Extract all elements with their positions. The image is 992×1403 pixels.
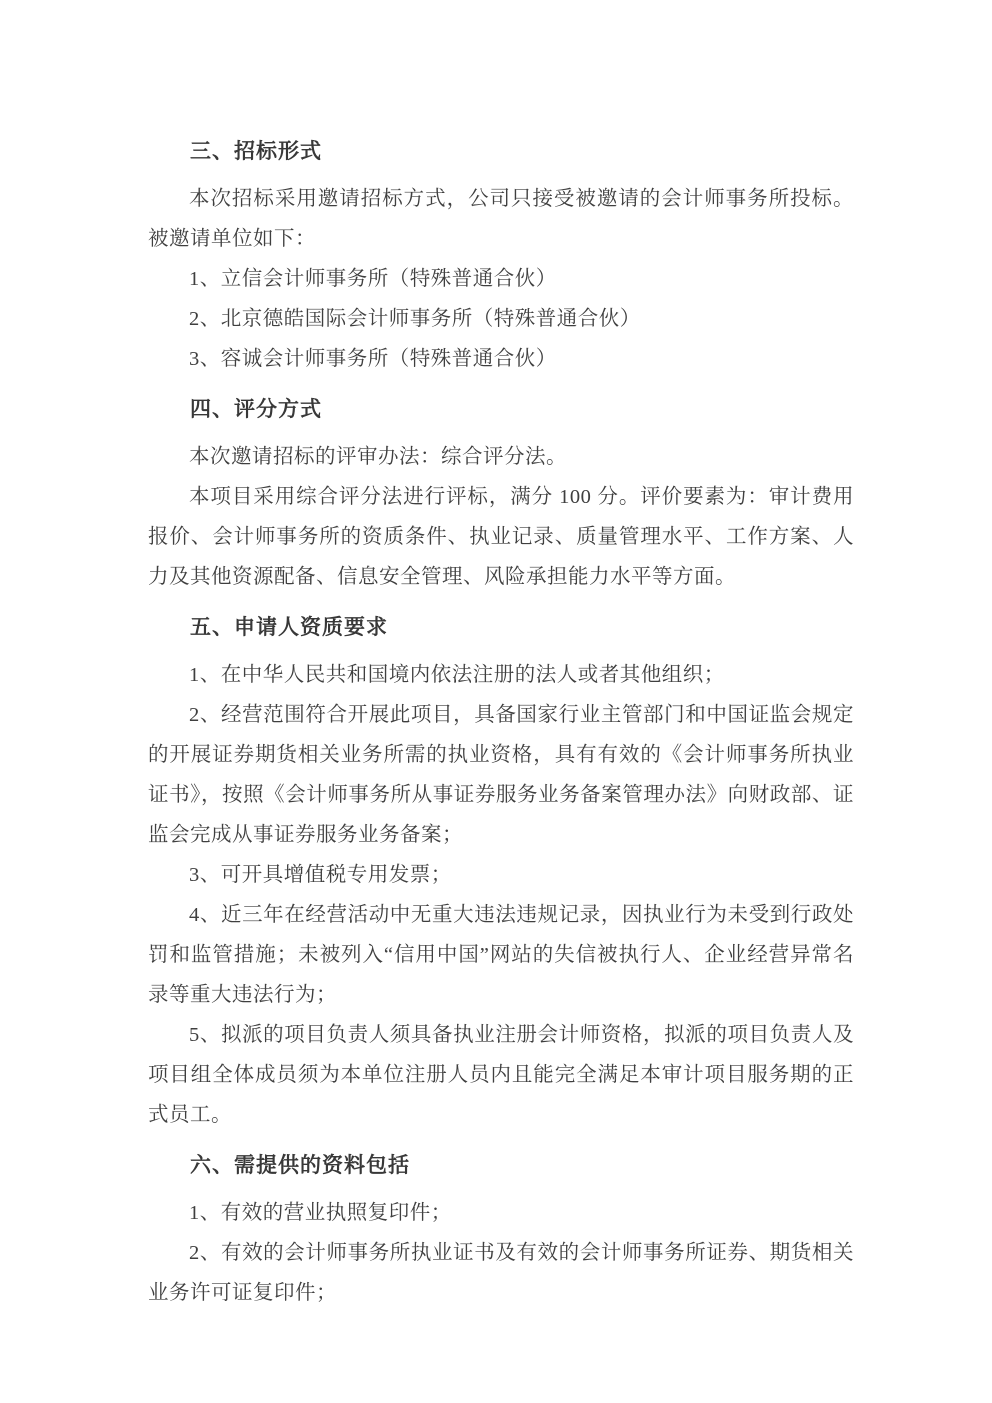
paragraph-scoring-details: 本项目采用综合评分法进行评标，满分 100 分。评价要素为：审计费用报价、会计师…	[148, 477, 854, 597]
paragraph-invited-bidding-intro: 本次招标采用邀请招标方式，公司只接受被邀请的会计师事务所投标。被邀请单位如下：	[148, 179, 854, 259]
list-item-qualification-1: 1、在中华人民共和国境内依法注册的法人或者其他组织；	[148, 655, 854, 695]
section-heading-required-materials: 六、需提供的资料包括	[148, 1145, 854, 1185]
list-item-material-2: 2、有效的会计师事务所执业证书及有效的会计师事务所证券、期货相关业务许可证复印件…	[148, 1233, 854, 1313]
section-heading-scoring-method: 四、评分方式	[148, 389, 854, 429]
list-item-material-1: 1、有效的营业执照复印件；	[148, 1193, 854, 1233]
document-page: 三、招标形式 本次招标采用邀请招标方式，公司只接受被邀请的会计师事务所投标。被邀…	[0, 0, 992, 1403]
paragraph-review-method: 本次邀请招标的评审办法：综合评分法。	[148, 437, 854, 477]
list-item-qualification-2: 2、经营范围符合开展此项目，具备国家行业主管部门和中国证监会规定的开展证券期货相…	[148, 695, 854, 855]
list-item-firm-2: 2、北京德皓国际会计师事务所（特殊普通合伙）	[148, 299, 854, 339]
list-item-qualification-4: 4、近三年在经营活动中无重大违法违规记录，因执业行为未受到行政处罚和监管措施；未…	[148, 895, 854, 1015]
list-item-qualification-5: 5、拟派的项目负责人须具备执业注册会计师资格，拟派的项目负责人及项目组全体成员须…	[148, 1015, 854, 1135]
list-item-firm-1: 1、立信会计师事务所（特殊普通合伙）	[148, 259, 854, 299]
list-item-firm-3: 3、容诚会计师事务所（特殊普通合伙）	[148, 339, 854, 379]
section-heading-bidding-format: 三、招标形式	[148, 131, 854, 171]
list-item-qualification-3: 3、可开具增值税专用发票；	[148, 855, 854, 895]
section-heading-applicant-qualifications: 五、申请人资质要求	[148, 607, 854, 647]
